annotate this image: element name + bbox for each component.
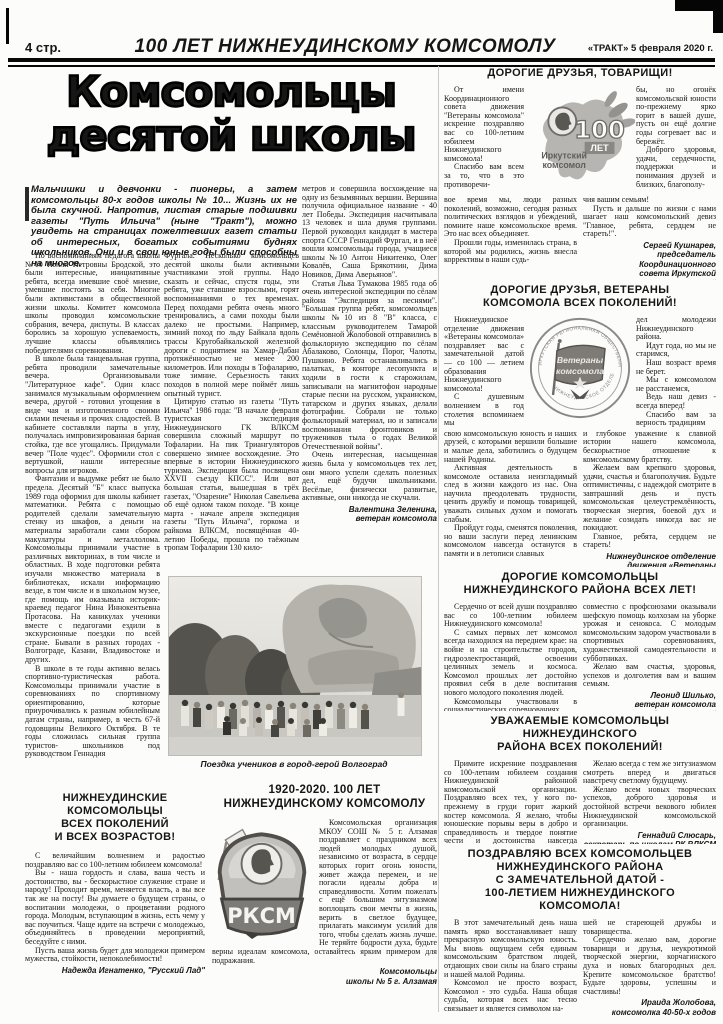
greeting-2-top: Нижнеудинское отделение движения «Ветера… [444,316,716,428]
greeting-1920-signature: Комсомольцышколы № 5 г. Алзамая [212,967,437,986]
lead-accent-bar [25,187,29,221]
greeting-2-top-right: дел молодежи Нижнеудинского района.Идут … [636,316,716,428]
logo-let-text: ЛЕТ [590,143,609,153]
page-number: 4 стр. [25,40,61,55]
greeting-5-body: В этот замечательный день наша память яр… [444,919,716,1016]
print-mark-right-2 [713,11,723,33]
seal-flag-line2: комсомола [556,366,604,376]
greeting-1-headline: ДОРОГИЕ ДРУЗЬЯ, ТОВАРИЩИ! [444,67,716,80]
greeting-2-bottom-right: и глубокое уважение к славной истории на… [583,430,716,567]
greeting-3-right-text: совместно с профсоюзами оказывали шефску… [583,603,716,689]
rksm-badge-icon: РКСМ [212,821,312,939]
logo-region-line2: комсомол [542,160,585,170]
seal-flag-line1: Ветераны [557,355,604,365]
main-article-signature: Валентина Зеленина,ветеран комсомола [302,505,437,524]
newspaper-page: 4 стр. 100 ЛЕТ НИЖНЕУДИНСКОМУ КОМСОМОЛУ … [0,0,723,1024]
greeting-1-top: От имени Координационного совета движени… [444,86,716,194]
irkutsk-komsomol-100-logo: 100 ЛЕТ Иркутский комсомол [525,86,635,194]
greeting-respected-komsomol: УВАЖАЕМЫЕ КОМСОМОЛЬЦЫ НИЖНЕУДИНСКОГОРАЙО… [444,712,716,844]
logo-100-text: 100 [574,116,625,144]
greeting-veterans-all-generations: ДОРОГИЕ ДРУЗЬЯ, ВЕТЕРАНЫКОМСОМОЛА ВСЕХ П… [444,281,716,567]
print-mark-left [6,8,9,44]
greeting-4-body: Примите искренние поздравления со 100-ле… [444,760,716,844]
photo-caption: Поездка учеников в город-герой Волгоград [168,759,420,769]
page-header-title: 100 ЛЕТ НИЖНЕУДИНСКОМУ КОМСОМОЛУ [130,36,560,58]
greeting-2-bottom-right-text: и глубокое уважение к славной истории на… [583,430,716,550]
greeting-2-bottom-left: свою комсомольскую юность и наших друзей… [444,430,577,567]
greeting-2-top-left: Нижнеудинское отделение движения «Ветера… [444,316,524,428]
greeting-4-left: Примите искренние поздравления со 100-ле… [444,760,577,844]
veterans-komsomol-seal: ИРКУТСКАЯ РЕГИОНАЛЬНАЯ ОБЩЕСТВЕННАЯ ОРГА… [528,316,632,420]
greeting-5-signature: Ираида Жолобова,комсомолка 40-50-х годов [583,998,716,1016]
greeting-3-right: совместно с профсоюзами оказывали шефску… [583,603,716,711]
greeting-1-bottom: вое время мы, люди разных поколений, воз… [444,196,716,280]
greeting-3-left: Сердечно от всей души поздравляю вас со … [444,603,577,711]
greeting-3-signature: Леонид Шилько,ветеран комсомола60-х годо… [583,691,716,711]
volgograd-photo [168,576,422,756]
main-article: Комсомольцы десятой школы Мальчишки и де… [25,64,437,792]
greeting-body: С величайшим волнением и радостью поздра… [25,852,205,964]
greeting-5-right-text: шей не стареющей дружбы и товарищества.С… [583,919,716,996]
greeting-congratulate-100: ПОЗДРАВЛЯЮ ВСЕХ КОМСОМОЛЬЦЕВНИЖНЕУДИНСКО… [444,845,716,1016]
greeting-1-top-left: От имени Координационного совета движени… [444,86,524,189]
greeting-1-bottom-right-text: чия вашим семьям!Пусть и дальше по жизни… [583,196,716,239]
greeting-4-signature: Геннадий Слюсарь,секретарь по школам РК … [583,831,716,844]
main-headline: Комсомольцы десятой школы [25,70,437,158]
greeting-1-logo-box: 100 ЛЕТ Иркутский комсомол [524,86,636,194]
greeting-nizhneudinsk-komsomol: НИЖНЕУДИНСКИЕКОМСОМОЛЬЦЫВСЕХ ПОКОЛЕНИЙИ … [25,792,205,1020]
article-column-3-text: метров и совершила восхождение на одну и… [302,185,437,503]
greeting-1920-headline: 1920-2020. 100 ЛЕТНИЖНЕУДИНСКОМУ КОМСОМО… [212,784,437,811]
right-greetings-section: ДОРОГИЕ ДРУЗЬЯ, ТОВАРИЩИ! От имени Коорд… [444,64,716,1016]
main-headline-line2: десятой школы [25,114,437,158]
greeting-3-body: Сердечно от всей души поздравляю вас со … [444,603,716,711]
greeting-1-bottom-right: чия вашим семьям!Пусть и дальше по жизни… [583,196,716,280]
greeting-2-headline: ДОРОГИЕ ДРУЗЬЯ, ВЕТЕРАНЫКОМСОМОЛА ВСЕХ П… [444,284,716,310]
greeting-4-right: Желаю всегда с тем же энтузиазмом смотре… [583,760,716,844]
photo-block: Поездка учеников в город-герой Волгоград [168,576,420,769]
main-headline-line1: Комсомольцы [25,70,437,114]
greeting-2-logo-box: ИРКУТСКАЯ РЕГИОНАЛЬНАЯ ОБЩЕСТВЕННАЯ ОРГА… [524,316,636,420]
greeting-headline: НИЖНЕУДИНСКИЕКОМСОМОЛЬЦЫВСЕХ ПОКОЛЕНИЙИ … [25,792,205,844]
greeting-1920-2020: 1920-2020. 100 ЛЕТНИЖНЕУДИНСКОМУ КОМСОМО… [212,784,437,1020]
greeting-1-bottom-left: вое время мы, люди разных поколений, воз… [444,196,577,280]
greeting-komsomol-all-years: ДОРОГИЕ КОМСОМОЛЬЦЫНИЖНЕУДИНСКОГО РАЙОНА… [444,568,716,711]
article-column-1: По воспоминаниям педагога школы №10 Нелл… [25,252,160,790]
greeting-4-right-text: Желаю всегда с тем же энтузиазмом смотре… [583,760,716,829]
greeting-signature: Надежда Игнатенко, "Русский Лад" [25,966,205,975]
greeting-1-signature: Сергей Кушнарев,председатель Координацио… [583,241,716,280]
greeting-5-headline: ПОЗДРАВЛЯЮ ВСЕХ КОМСОМОЛЬЦЕВНИЖНЕУДИНСКО… [444,848,716,913]
greeting-friends-comrades: ДОРОГИЕ ДРУЗЬЯ, ТОВАРИЩИ! От имени Коорд… [444,64,716,280]
article-column-2: Фургала. Несколько комсомольцев десятой … [164,252,299,584]
rksm-badge-label: РКСМ [227,904,296,928]
greeting-5-right: шей не стареющей дружбы и товарищества.С… [583,919,716,1016]
greeting-2-signature: Нижнеудинское отделениедвижения «Ветеран… [583,552,716,567]
greeting-3-headline: ДОРОГИЕ КОМСОМОЛЬЦЫНИЖНЕУДИНСКОГО РАЙОНА… [444,571,716,597]
print-mark-right [675,0,723,11]
greeting-2-bottom: свою комсомольскую юность и наших друзей… [444,430,716,567]
greeting-4-headline: УВАЖАЕМЫЕ КОМСОМОЛЬЦЫ НИЖНЕУДИНСКОГОРАЙО… [444,715,716,754]
greeting-5-left: В этот замечательный день наша память яр… [444,919,577,1016]
issue-date: «ТРАКТ» 5 февраля 2020 г. [588,43,713,54]
column-separator [438,66,439,1012]
greeting-1-top-right: бы, но огонёк комсомольской юности по-пр… [636,86,716,189]
